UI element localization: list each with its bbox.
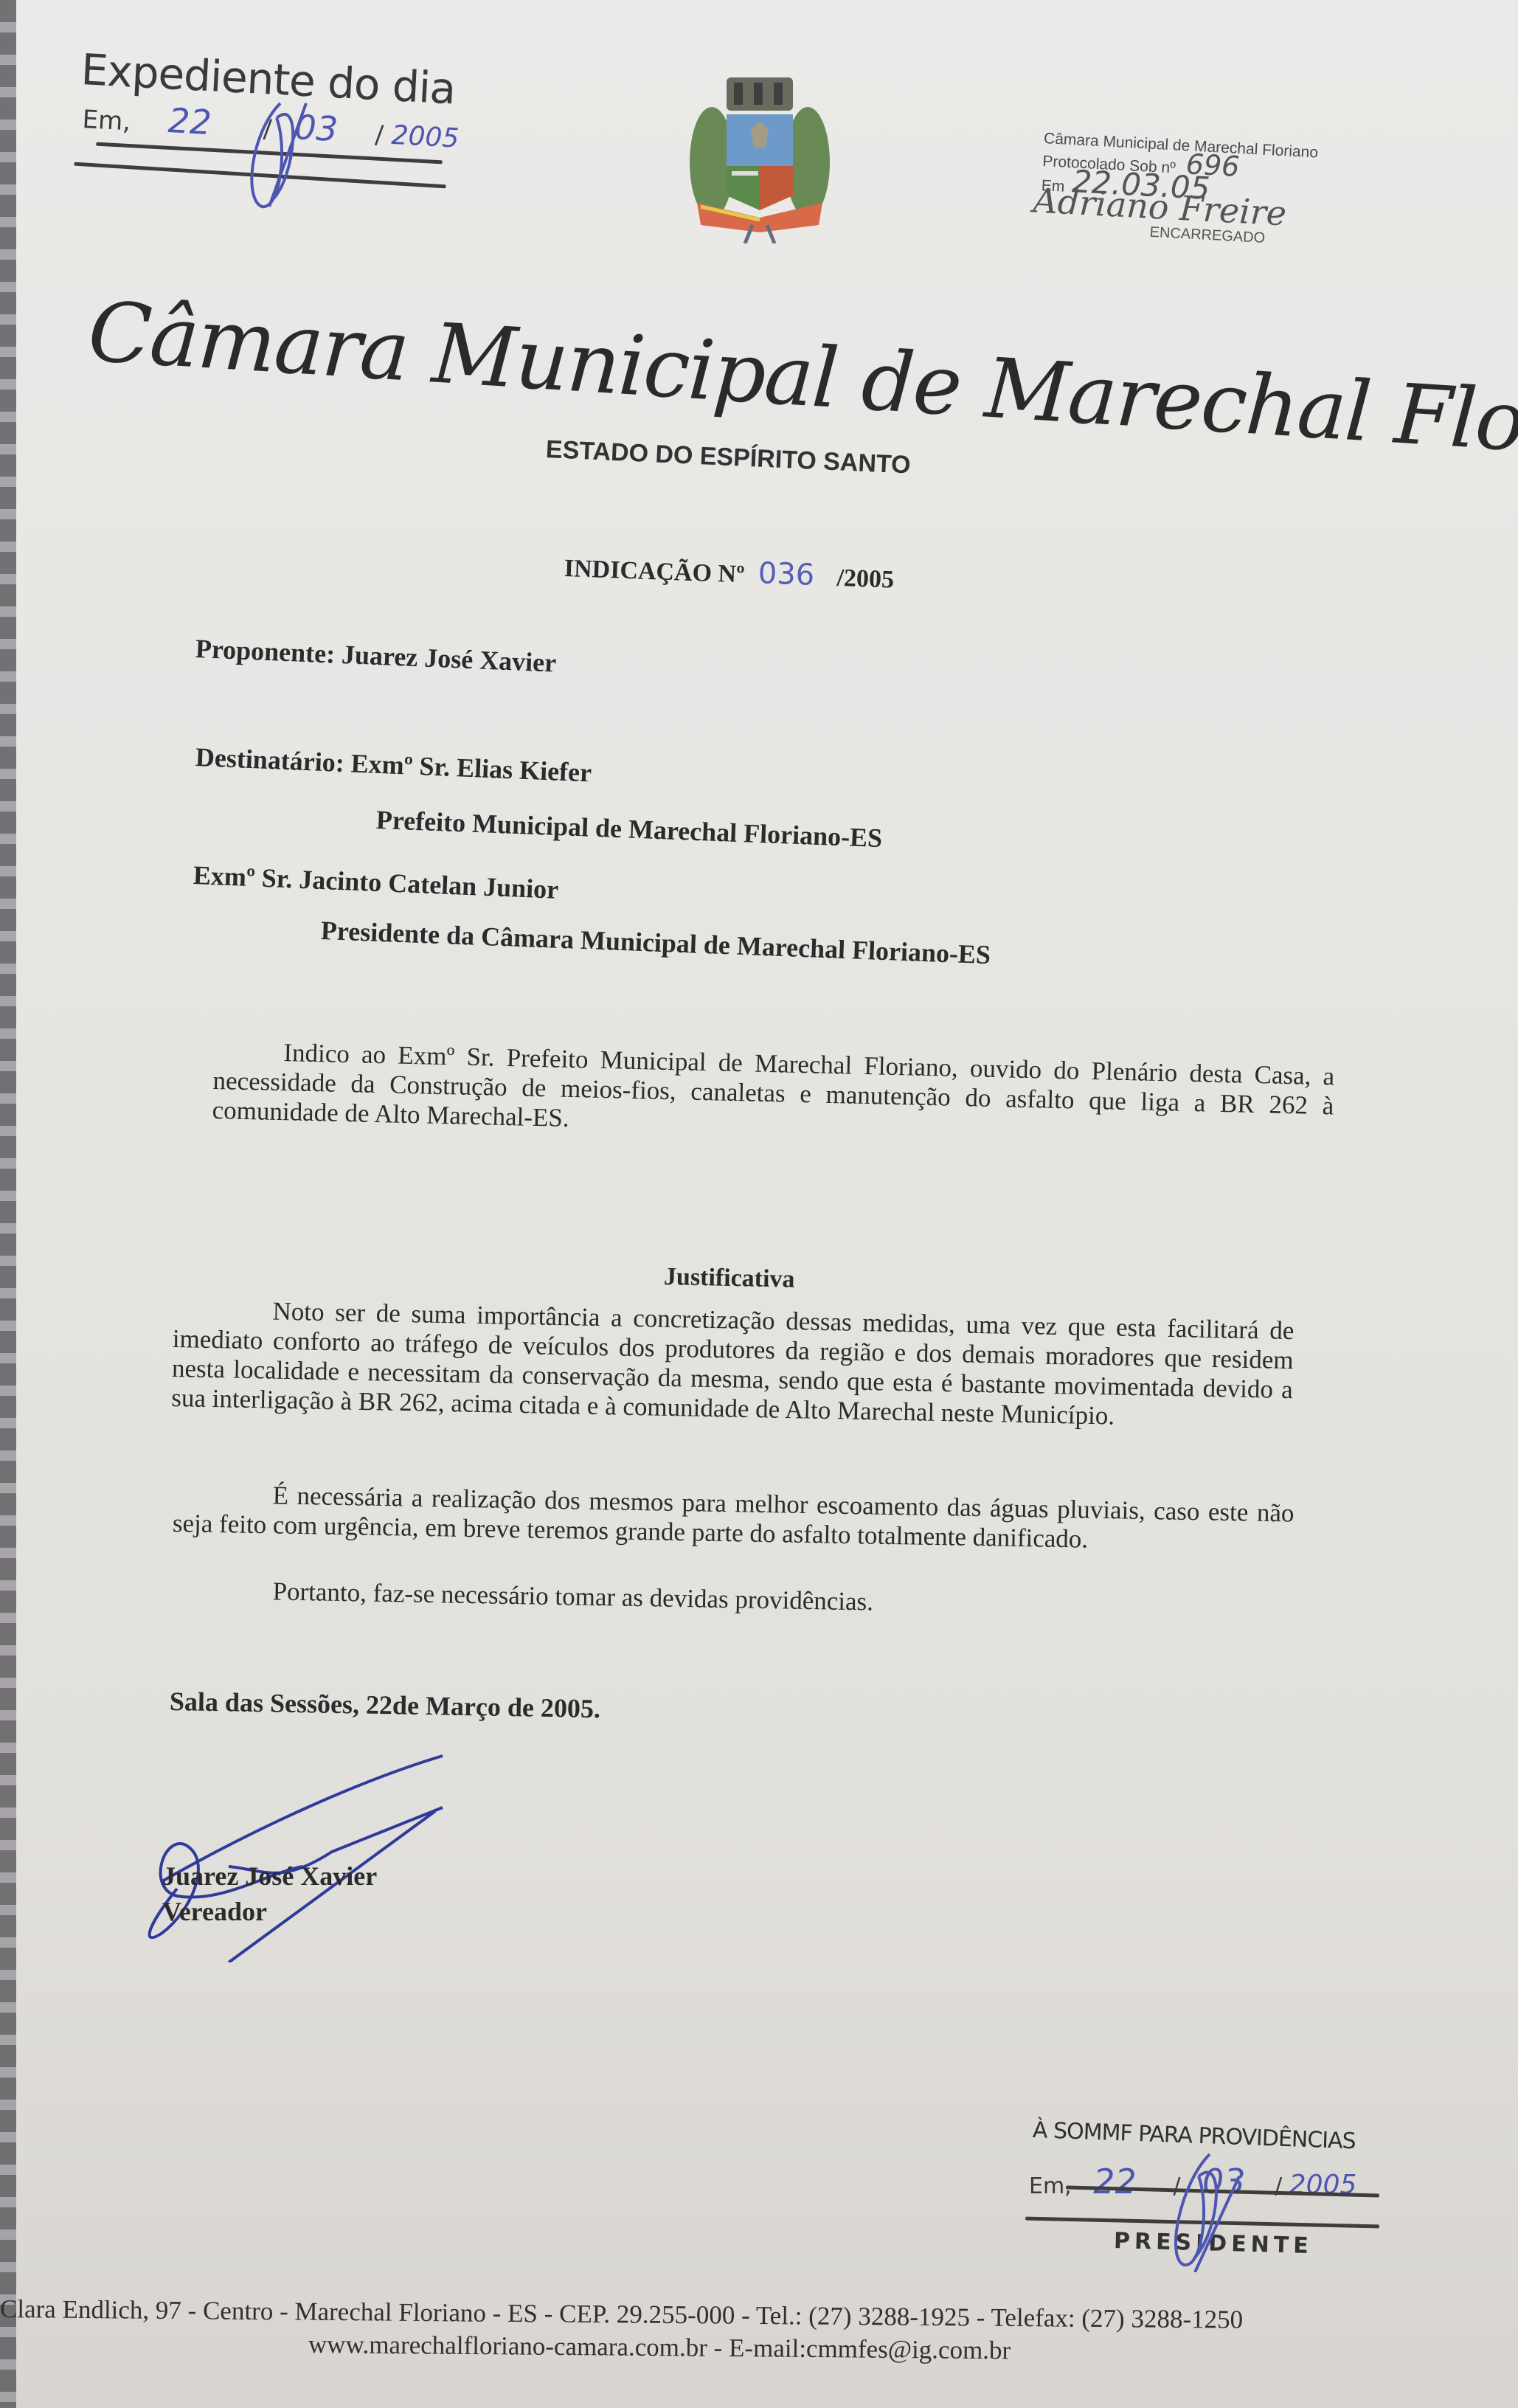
proponente: Proponente: Juarez José Xavier xyxy=(195,633,557,679)
indicacao-label: INDICAÇÃO Nº xyxy=(564,555,745,589)
protocol-role: ENCARREGADO xyxy=(1149,224,1266,246)
expediente-em-label: Em, xyxy=(82,105,131,136)
justificativa-p2-text: É necessária a realização dos mesmos par… xyxy=(173,1481,1295,1553)
justificativa-paragraph-1: Noto ser de suma importância a concretiz… xyxy=(171,1295,1295,1434)
vereador-signature xyxy=(133,1741,472,1962)
footer-address: Clara Endlich, 97 - Centro - Marechal Fl… xyxy=(0,2294,1243,2335)
indicacao-body: Indico ao Exmº Sr. Prefeito Municipal de… xyxy=(212,1037,1334,1150)
justificativa-paragraph-2: É necessária a realização dos mesmos par… xyxy=(173,1479,1295,1558)
justificativa-title: Justificativa xyxy=(664,1263,795,1294)
destinatario-role: Prefeito Municipal de Marechal Floriano-… xyxy=(375,804,883,854)
destinatario: Destinatário: Exmº Sr. Elias Kiefer xyxy=(195,741,592,789)
expediente-initials-signature xyxy=(236,89,332,214)
justificativa-p3-text: Portanto, faz-se necessário tomar as dev… xyxy=(272,1577,873,1616)
indicacao-year: /2005 xyxy=(836,564,895,594)
destinatario-2: Exmº Sr. Jacinto Catelan Junior xyxy=(193,859,559,905)
footer-contact: www.marechalfloriano-camara.com.br - E-m… xyxy=(308,2330,1011,2365)
indicacao-number: 036 xyxy=(758,556,815,592)
signer-role: Vereador xyxy=(162,1896,267,1927)
state-subtitle: ESTADO DO ESPÍRITO SANTO xyxy=(545,435,911,480)
justificativa-p1-text: Noto ser de suma importância a concretiz… xyxy=(171,1297,1295,1430)
indicacao-body-text: Indico ao Exmº Sr. Prefeito Municipal de… xyxy=(212,1038,1334,1132)
signer-name: Juarez José Xavier xyxy=(162,1861,377,1892)
destinatario-2-role: Presidente da Câmara Municipal de Marech… xyxy=(320,915,991,970)
indicacao-heading: INDICAÇÃO Nº 036 /2005 xyxy=(564,550,895,595)
expediente-day: 22 xyxy=(167,100,212,142)
providencias-day: 22 xyxy=(1093,2162,1137,2201)
spiral-binding xyxy=(0,0,16,2408)
providencias-em-label: Em, xyxy=(1029,2173,1072,2199)
justificativa-paragraph-3: Portanto, faz-se necessário tomar as dev… xyxy=(173,1575,1294,1625)
president-initials-signature xyxy=(1151,2147,1269,2272)
protocol-stamp: Câmara Municipal de Marechal Floriano Pr… xyxy=(1039,129,1318,250)
coat-of-arms-icon xyxy=(686,66,833,243)
protocol-signature: Adriano Freire xyxy=(1033,191,1287,223)
expediente-year: 2005 xyxy=(391,120,460,154)
document-page: Expediente do dia Em, 22 / 03 / 2005 Câm… xyxy=(0,0,1518,2408)
session-date: Sala das Sessões, 22de Março de 2005. xyxy=(170,1686,601,1724)
